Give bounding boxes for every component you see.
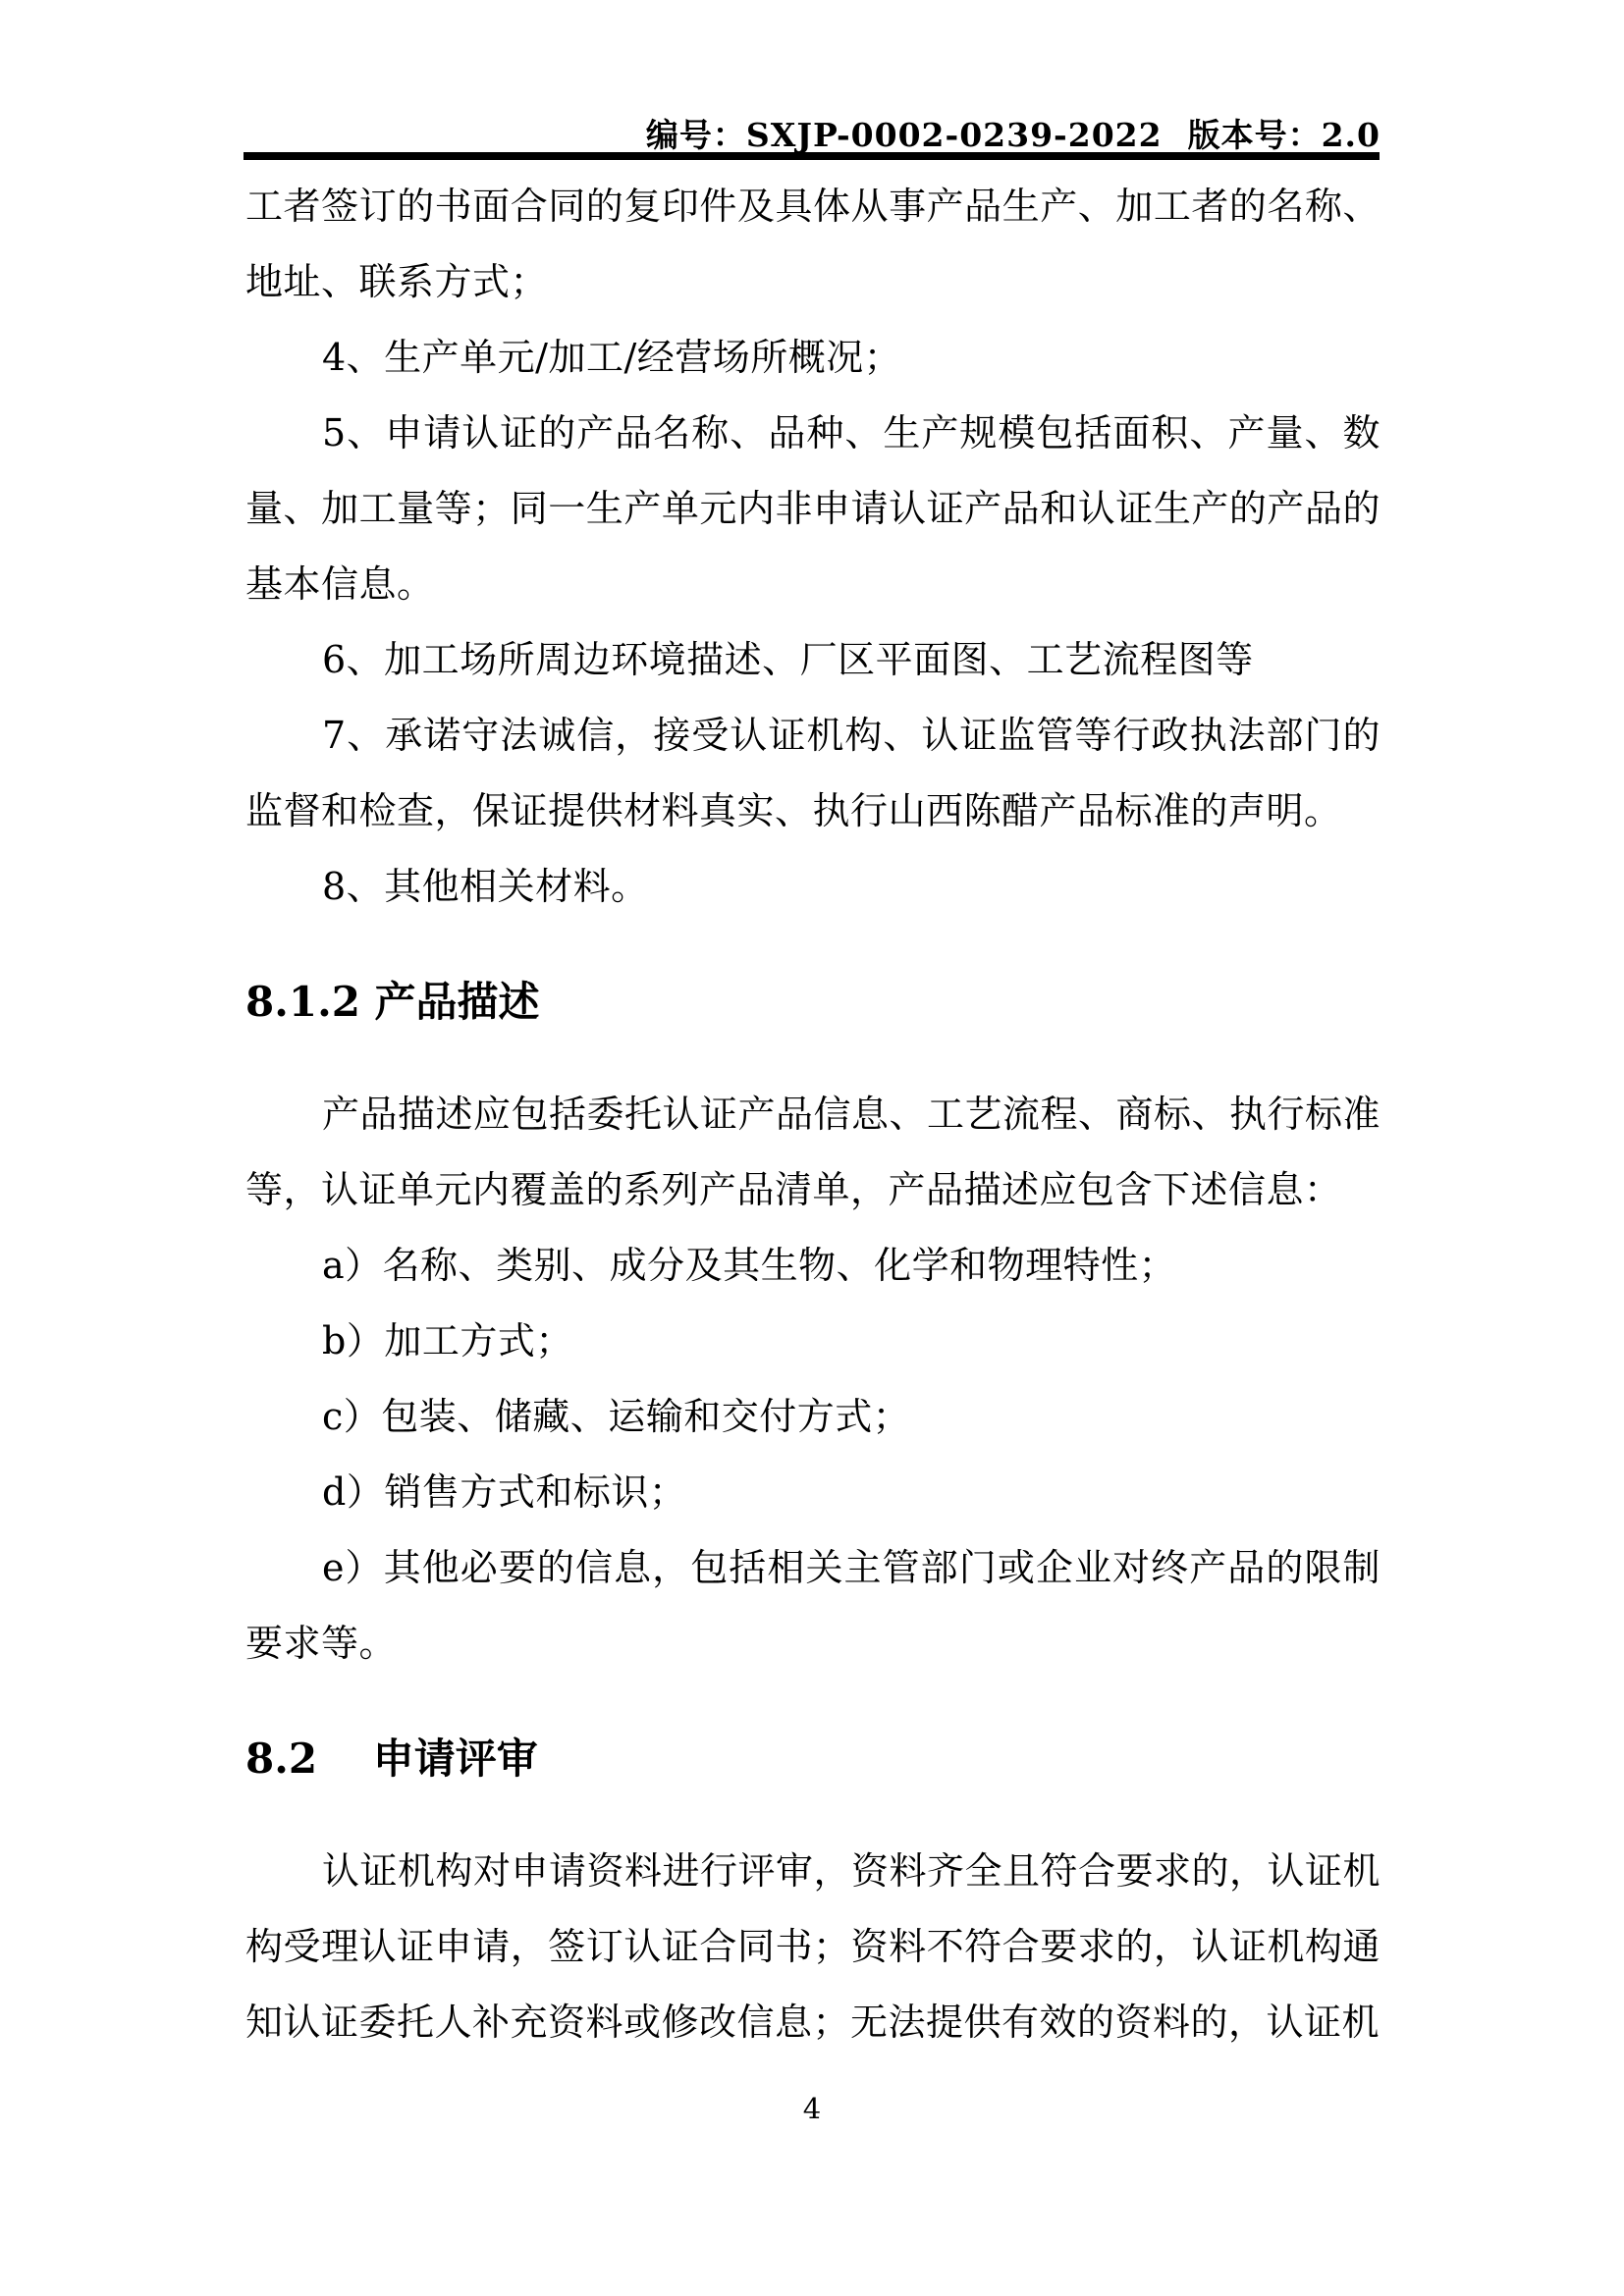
page-number: 4	[803, 2092, 821, 2125]
document-body: 工者签订的书面合同的复印件及具体从事产品生产、加工者的名称、地址、联系方式；4、…	[245, 0, 1380, 2060]
body-paragraph: 工者签订的书面合同的复印件及具体从事产品生产、加工者的名称、地址、联系方式；	[245, 169, 1380, 320]
body-paragraph: c）包装、储藏、运输和交付方式；	[245, 1379, 1380, 1455]
section-heading: 8.2 申请评审	[245, 1721, 1380, 1796]
document-page: 编号：SXJP-0002-0239-2022版本号：2.0 工者签订的书面合同的…	[0, 0, 1624, 2296]
page-footer: 4	[0, 2079, 1624, 2138]
body-paragraph: 7、承诺守法诚信，接受认证机构、认证监管等行政执法部门的监督和检查，保证提供材料…	[245, 698, 1380, 849]
section-heading: 8.1.2 产品描述	[245, 964, 1380, 1040]
body-paragraph: 4、生产单元/加工/经营场所概况；	[245, 320, 1380, 396]
body-paragraph: 5、申请认证的产品名称、品种、生产规模包括面积、产量、数量、加工量等；同一生产单…	[245, 396, 1380, 622]
body-paragraph: d）销售方式和标识；	[245, 1455, 1380, 1530]
body-paragraph: 认证机构对申请资料进行评审，资料齐全且符合要求的，认证机构受理认证申请，签订认证…	[245, 1834, 1380, 2060]
body-paragraph: b）加工方式；	[245, 1304, 1380, 1379]
body-paragraph: 8、其他相关材料。	[245, 849, 1380, 925]
body-paragraph: a）名称、类别、成分及其生物、化学和物理特性；	[245, 1228, 1380, 1304]
body-paragraph: 产品描述应包括委托认证产品信息、工艺流程、商标、执行标准等，认证单元内覆盖的系列…	[245, 1077, 1380, 1228]
body-paragraph: e）其他必要的信息，包括相关主管部门或企业对终产品的限制要求等。	[245, 1530, 1380, 1682]
body-paragraph: 6、加工场所周边环境描述、厂区平面图、工艺流程图等	[245, 622, 1380, 698]
